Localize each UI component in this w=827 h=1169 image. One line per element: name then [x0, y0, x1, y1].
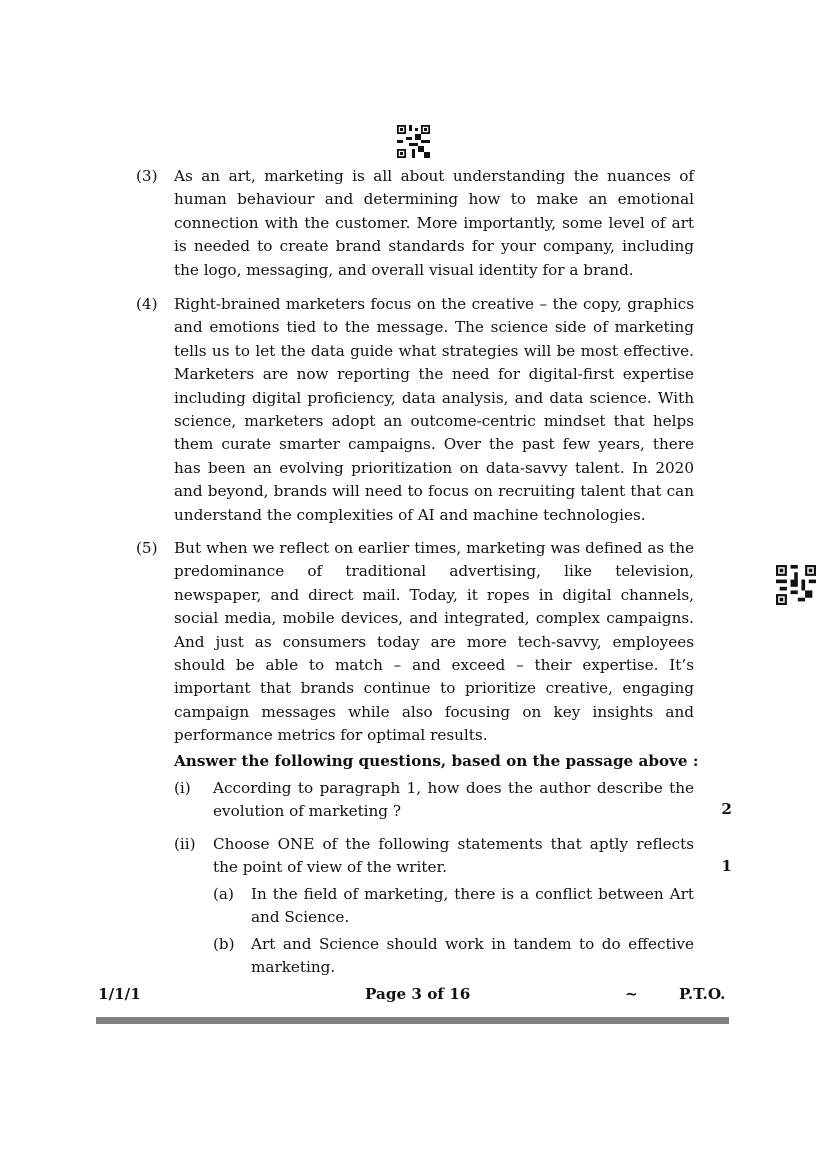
paragraph-number: (5)	[136, 537, 158, 560]
question-number: (i)	[174, 777, 191, 800]
option-b: (b) Art and Science should work in tande…	[213, 933, 694, 980]
paragraph-text: But when we reflect on earlier times, ma…	[174, 537, 694, 748]
option-label: (a)	[213, 883, 234, 906]
question-marks: 1	[712, 857, 732, 875]
passage-paragraph-4: (4) Right-brained marketers focus on the…	[136, 293, 694, 527]
footer-pto: P.T.O.	[679, 985, 725, 1003]
question-text: Choose ONE of the following statements t…	[213, 833, 694, 880]
paragraph-text: As an art, marketing is all about unders…	[174, 165, 694, 282]
passage-paragraph-3: (3) As an art, marketing is all about un…	[136, 165, 694, 282]
question-ii: (ii) Choose ONE of the following stateme…	[174, 833, 694, 880]
option-text: In the field of marketing, there is a co…	[251, 883, 694, 930]
questions-instruction: Answer the following questions, based on…	[174, 750, 698, 773]
option-text: Art and Science should work in tandem to…	[251, 933, 694, 980]
qr-code-icon	[397, 125, 430, 158]
question-number: (ii)	[174, 833, 196, 856]
qr-code-icon	[776, 565, 816, 605]
question-i: (i) According to paragraph 1, how does t…	[174, 777, 694, 824]
paragraph-text: Right-brained marketers focus on the cre…	[174, 293, 694, 527]
question-text: According to paragraph 1, how does the a…	[213, 777, 694, 824]
footer-paper-code: 1/1/1	[98, 985, 141, 1003]
footer-rule	[96, 1017, 729, 1024]
passage-paragraph-5: (5) But when we reflect on earlier times…	[136, 537, 694, 748]
paragraph-number: (4)	[136, 293, 158, 316]
footer-tilde: ~	[625, 985, 638, 1003]
option-label: (b)	[213, 933, 235, 956]
question-marks: 2	[712, 800, 732, 818]
paragraph-number: (3)	[136, 165, 158, 188]
footer-page-number: Page 3 of 16	[365, 985, 470, 1003]
option-a: (a) In the field of marketing, there is …	[213, 883, 694, 930]
